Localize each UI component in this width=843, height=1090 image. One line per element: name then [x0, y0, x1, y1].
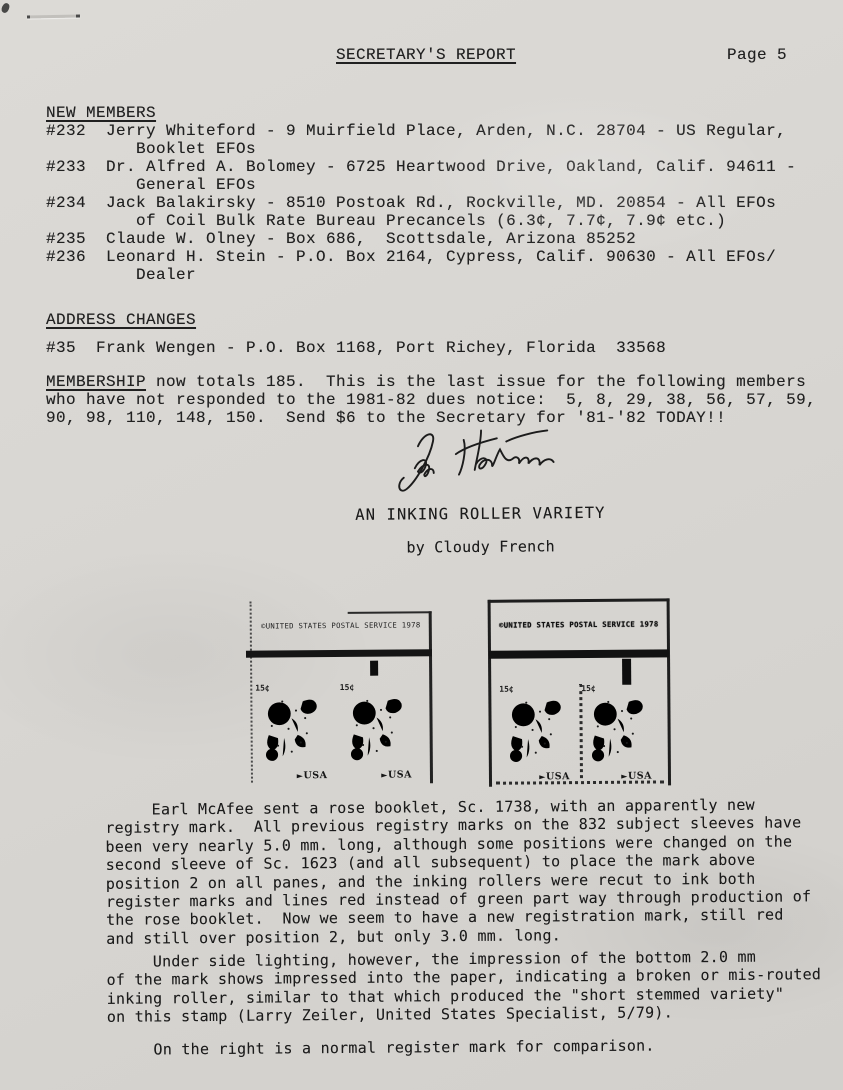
registration-mark-short: [370, 661, 378, 676]
rose-stamp: 15¢ ►USA: [497, 682, 571, 785]
stamp-country-label: ►USA: [381, 769, 412, 780]
country-text: USA: [546, 771, 570, 782]
stamp-country-label: ►USA: [297, 770, 328, 781]
rose-artwork: [500, 693, 571, 770]
article-closing-line: On the right is a normal register mark f…: [107, 1037, 655, 1060]
pane-top-edge: [348, 611, 432, 614]
rose-artwork: [256, 692, 327, 769]
article-title: AN INKING ROLLER VARIETY: [0, 502, 842, 527]
pane-bar: [489, 649, 669, 658]
article-byline: by Cloudy French: [0, 535, 842, 560]
article-paragraph-2: Under side lighting, however, the impres…: [106, 947, 821, 1026]
article-inking-roller-variety: AN INKING ROLLER VARIETY by Cloudy Frenc…: [0, 0, 843, 1090]
stamp-country-label: ►USA: [539, 771, 570, 782]
pane-bar: [246, 649, 432, 657]
figure-row: ©UNITED STATES POSTAL SERVICE 1978 15¢ ►…: [250, 598, 671, 788]
pane-imprint-text: ©UNITED STATES POSTAL SERVICE 1978: [499, 619, 659, 629]
stamp-denomination: 15¢: [340, 683, 355, 692]
stamp-row: 15¢ ►USA 15¢ ►USA: [497, 681, 662, 786]
country-text: USA: [388, 769, 412, 780]
stamp-denomination: 15¢: [581, 684, 596, 693]
country-text: USA: [628, 771, 652, 782]
scanned-document-page: SECRETARY'S REPORT Page 5 NEW MEMBERS #2…: [0, 0, 843, 1090]
country-text: USA: [303, 770, 327, 781]
stamp-denomination: 15¢: [255, 684, 270, 693]
stamp-pane-variety: ©UNITED STATES POSTAL SERVICE 1978 15¢ ►…: [250, 600, 433, 788]
stamp-row: 15¢ ►USA 15¢ ►USA: [253, 680, 423, 788]
rose-stamp: 15¢ ►USA: [579, 682, 653, 785]
rose-artwork: [341, 691, 412, 768]
rose-stamp: 15¢ ►USA: [338, 680, 413, 783]
stamp-denomination: 15¢: [499, 685, 514, 694]
rose-artwork: [582, 693, 653, 770]
stamp-pane-normal: ©UNITED STATES POSTAL SERVICE 1978 15¢ ►…: [488, 598, 671, 786]
article-paragraph-1: Earl McAfee sent a rose booklet, Sc. 173…: [105, 795, 811, 948]
rose-stamp: 15¢ ►USA: [253, 681, 328, 784]
pane-right-edge: [429, 611, 433, 783]
stamp-country-label: ►USA: [621, 771, 652, 782]
pane-imprint-text: ©UNITED STATES POSTAL SERVICE 1978: [258, 620, 424, 630]
